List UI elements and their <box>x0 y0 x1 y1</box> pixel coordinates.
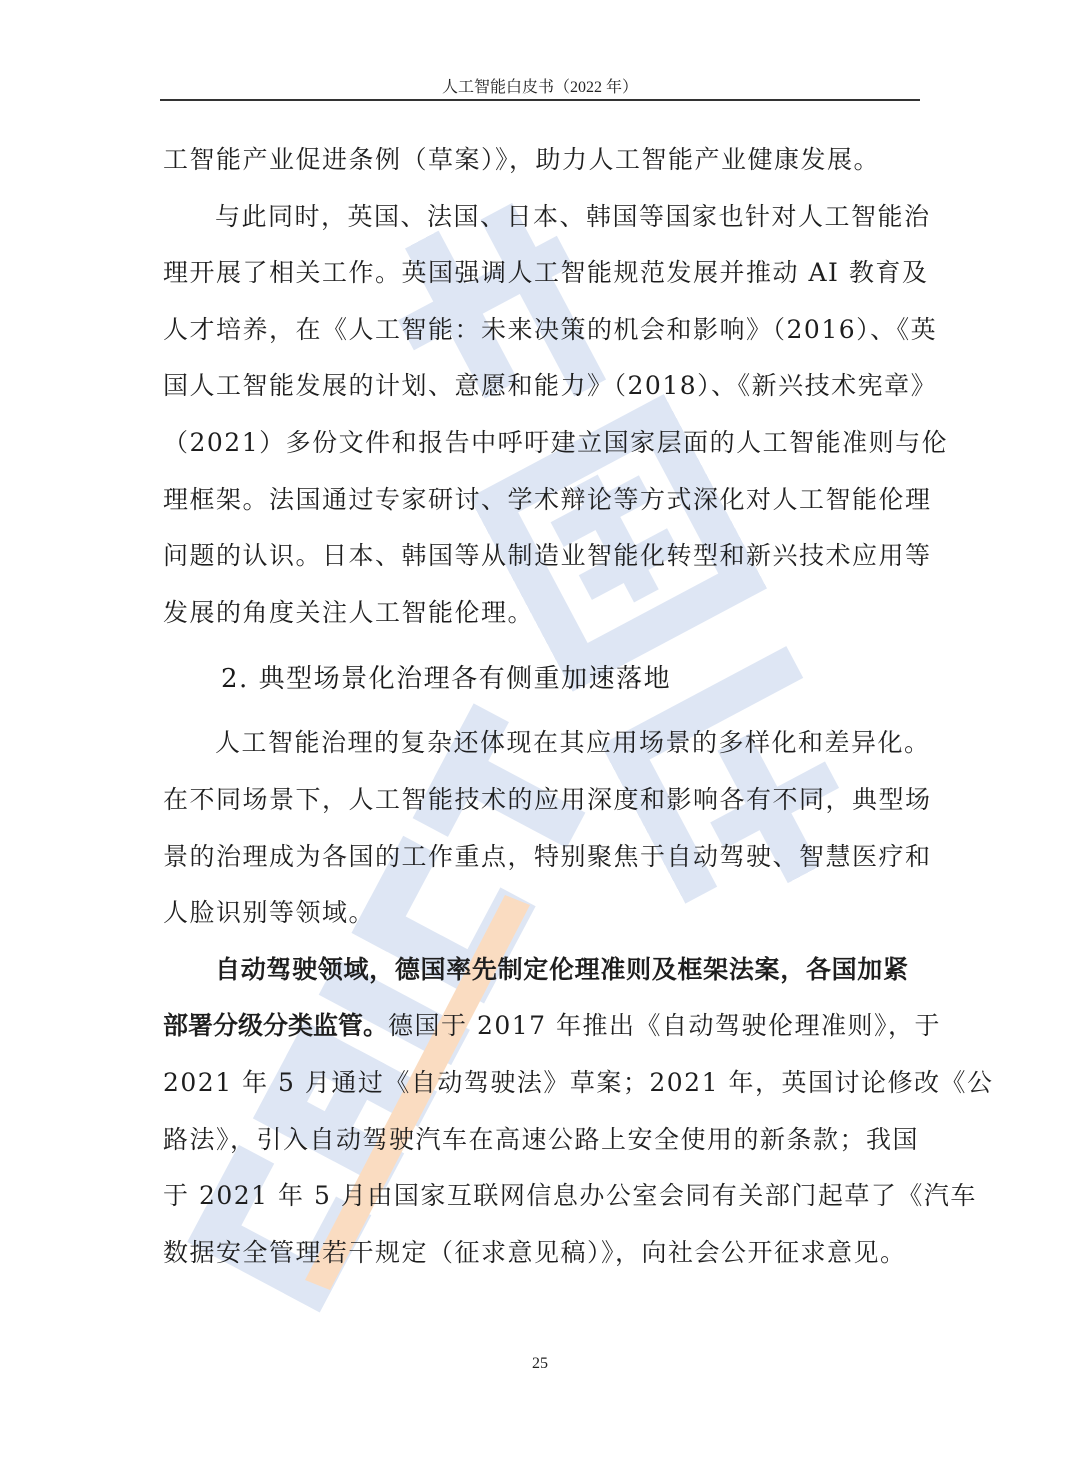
text-line: 数据安全管理若干规定（征求意见稿）》，向社会公开征求意见。 <box>163 1229 908 1286</box>
paragraph-continuation: 工智能产业促进条例（草案）》，助力人工智能产业健康发展。 <box>163 136 908 193</box>
bold-lead-sentence-end: 部署分级分类监管。 <box>163 1011 388 1040</box>
text-line: 人才培养，在《人工智能：未来决策的机会和影响》（2016）、《英 <box>163 306 908 363</box>
text-line: 人工智能治理的复杂还体现在其应用场景的多样化和差异化。 <box>163 719 908 776</box>
paragraph-autonomous-driving: 自动驾驶领域，德国率先制定伦理准则及框架法案，各国加紧 部署分级分类监管。德国于… <box>163 946 908 1286</box>
text-line: 发展的角度关注人工智能伦理。 <box>163 589 908 646</box>
text-span: 德国于 2017 年推出《自动驾驶伦理准则》，于 <box>388 1011 941 1040</box>
text-line: 部署分级分类监管。德国于 2017 年推出《自动驾驶伦理准则》，于 <box>163 1002 908 1059</box>
text-line: 理开展了相关工作。英国强调人工智能规范发展并推动 AI 教育及 <box>163 249 908 306</box>
header-divider <box>160 99 920 101</box>
paragraph-international-governance: 与此同时，英国、法国、日本、韩国等国家也针对人工智能治 理开展了相关工作。英国强… <box>163 193 908 646</box>
text-line: 路法》，引入自动驾驶汽车在高速公路上安全使用的新条款；我国 <box>163 1116 908 1173</box>
text-line: 国人工智能发展的计划、意愿和能力》（2018）、《新兴技术宪章》 <box>163 362 908 419</box>
text-line: 于 2021 年 5 月由国家互联网信息办公室会同有关部门起草了《汽车 <box>163 1172 908 1229</box>
section-heading: 2. 典型场景化治理各有侧重加速落地 <box>163 649 908 719</box>
page-number: 25 <box>480 1355 600 1373</box>
text-line: 2021 年 5 月通过《自动驾驶法》草案；2021 年，英国讨论修改《公 <box>163 1059 908 1116</box>
running-header: 人工智能白皮书（2022 年） <box>160 74 920 97</box>
text-line: 与此同时，英国、法国、日本、韩国等国家也针对人工智能治 <box>163 193 908 250</box>
text-line: 在不同场景下，人工智能技术的应用深度和影响各有不同，典型场 <box>163 776 908 833</box>
text-line: 问题的认识。日本、韩国等从制造业智能化转型和新兴技术应用等 <box>163 532 908 589</box>
text-line: 人脸识别等领域。 <box>163 889 908 946</box>
text-line: 景的治理成为各国的工作重点，特别聚焦于自动驾驶、智慧医疗和 <box>163 833 908 890</box>
paragraph-scenario-governance: 人工智能治理的复杂还体现在其应用场景的多样化和差异化。 在不同场景下，人工智能技… <box>163 719 908 945</box>
document-body: 工智能产业促进条例（草案）》，助力人工智能产业健康发展。 与此同时，英国、法国、… <box>163 136 908 1285</box>
text-line: 理框架。法国通过专家研讨、学术辩论等方式深化对人工智能伦理 <box>163 476 908 533</box>
bold-lead-sentence: 自动驾驶领域，德国率先制定伦理准则及框架法案，各国加紧 <box>163 946 908 1003</box>
text-line: （2021）多份文件和报告中呼吁建立国家层面的人工智能准则与伦 <box>163 419 908 476</box>
